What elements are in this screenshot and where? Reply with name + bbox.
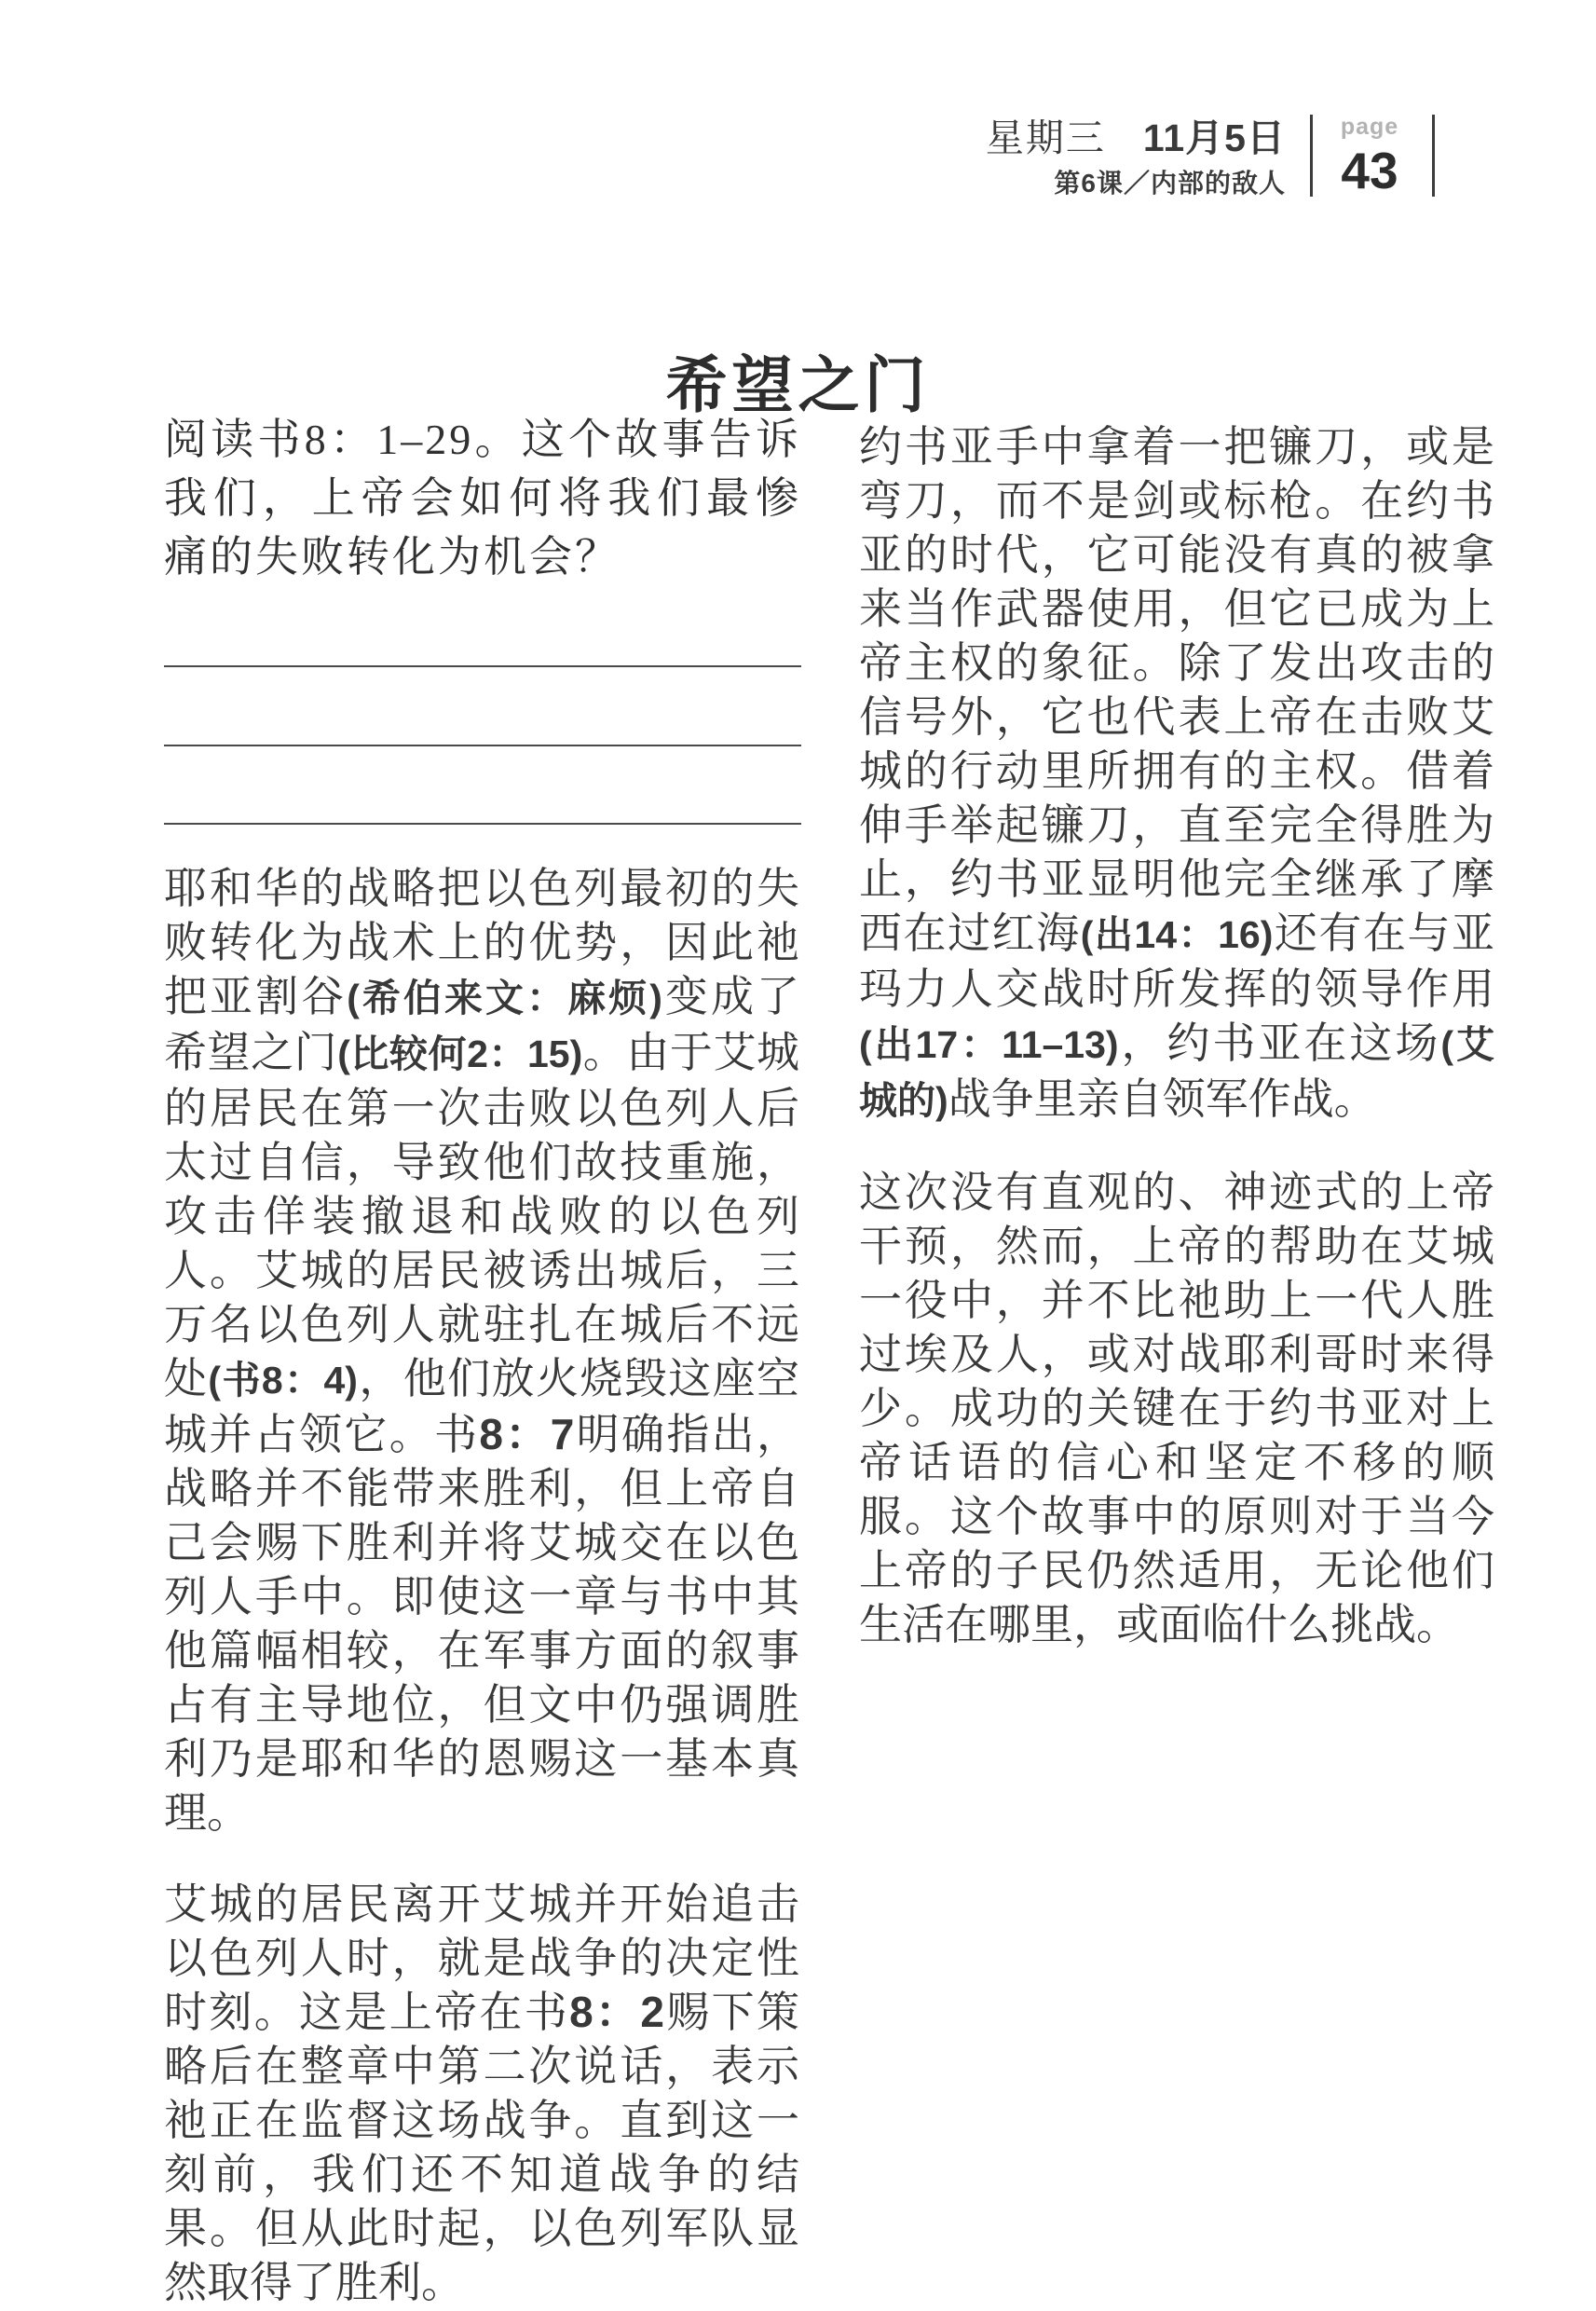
left-column: 耶和华的战略把以色列最初的失败转化为战术上的优势，因此祂把亚割谷(希伯来文：麻烦… (164, 861, 799, 2309)
answer-line (164, 823, 801, 825)
right-column: 约书亚手中拿着一把镰刀，或是弯刀，而不是剑或标枪。在约书亚的时代，它可能没有真的… (859, 419, 1494, 1651)
right-paragraph-1: 约书亚手中拿着一把镰刀，或是弯刀，而不是剑或标枪。在约书亚的时代，它可能没有真的… (859, 419, 1494, 1128)
left-paragraph-1: 耶和华的战略把以色列最初的失败转化为战术上的优势，因此祂把亚割谷(希伯来文：麻烦… (164, 861, 799, 1839)
left-paragraph-2: 艾城的居民离开艾城并开始追击以色列人时，就是战争的决定性时刻。这是上帝在书8：2… (164, 1877, 799, 2309)
answer-line (164, 745, 801, 746)
header-weekday: 星期三 (986, 116, 1106, 159)
answer-line (164, 665, 801, 667)
header-day-date: 星期三11月5日 (986, 117, 1286, 159)
page-label: page (1316, 116, 1424, 139)
header-lesson-title: 第6课／内部的敌人 (1054, 163, 1286, 200)
lesson-page: 星期三11月5日 第6课／内部的敌人 page 43 希望之门 阅读书8：1–2… (0, 0, 1596, 2311)
header-page-block: page 43 (1316, 116, 1424, 197)
page-number: 43 (1316, 145, 1424, 197)
right-paragraph-2: 这次没有直观的、神迹式的上帝干预，然而，上帝的帮助在艾城一役中，并不比祂助上一代… (859, 1165, 1494, 1651)
header-divider-left (1310, 115, 1313, 197)
intro-question: 阅读书8：1–29。这个故事告诉我们，上帝会如何将我们最惨痛的失败转化为机会？ (164, 410, 801, 586)
header-date: 11月5日 (1143, 116, 1286, 159)
header-divider-right (1432, 115, 1435, 197)
